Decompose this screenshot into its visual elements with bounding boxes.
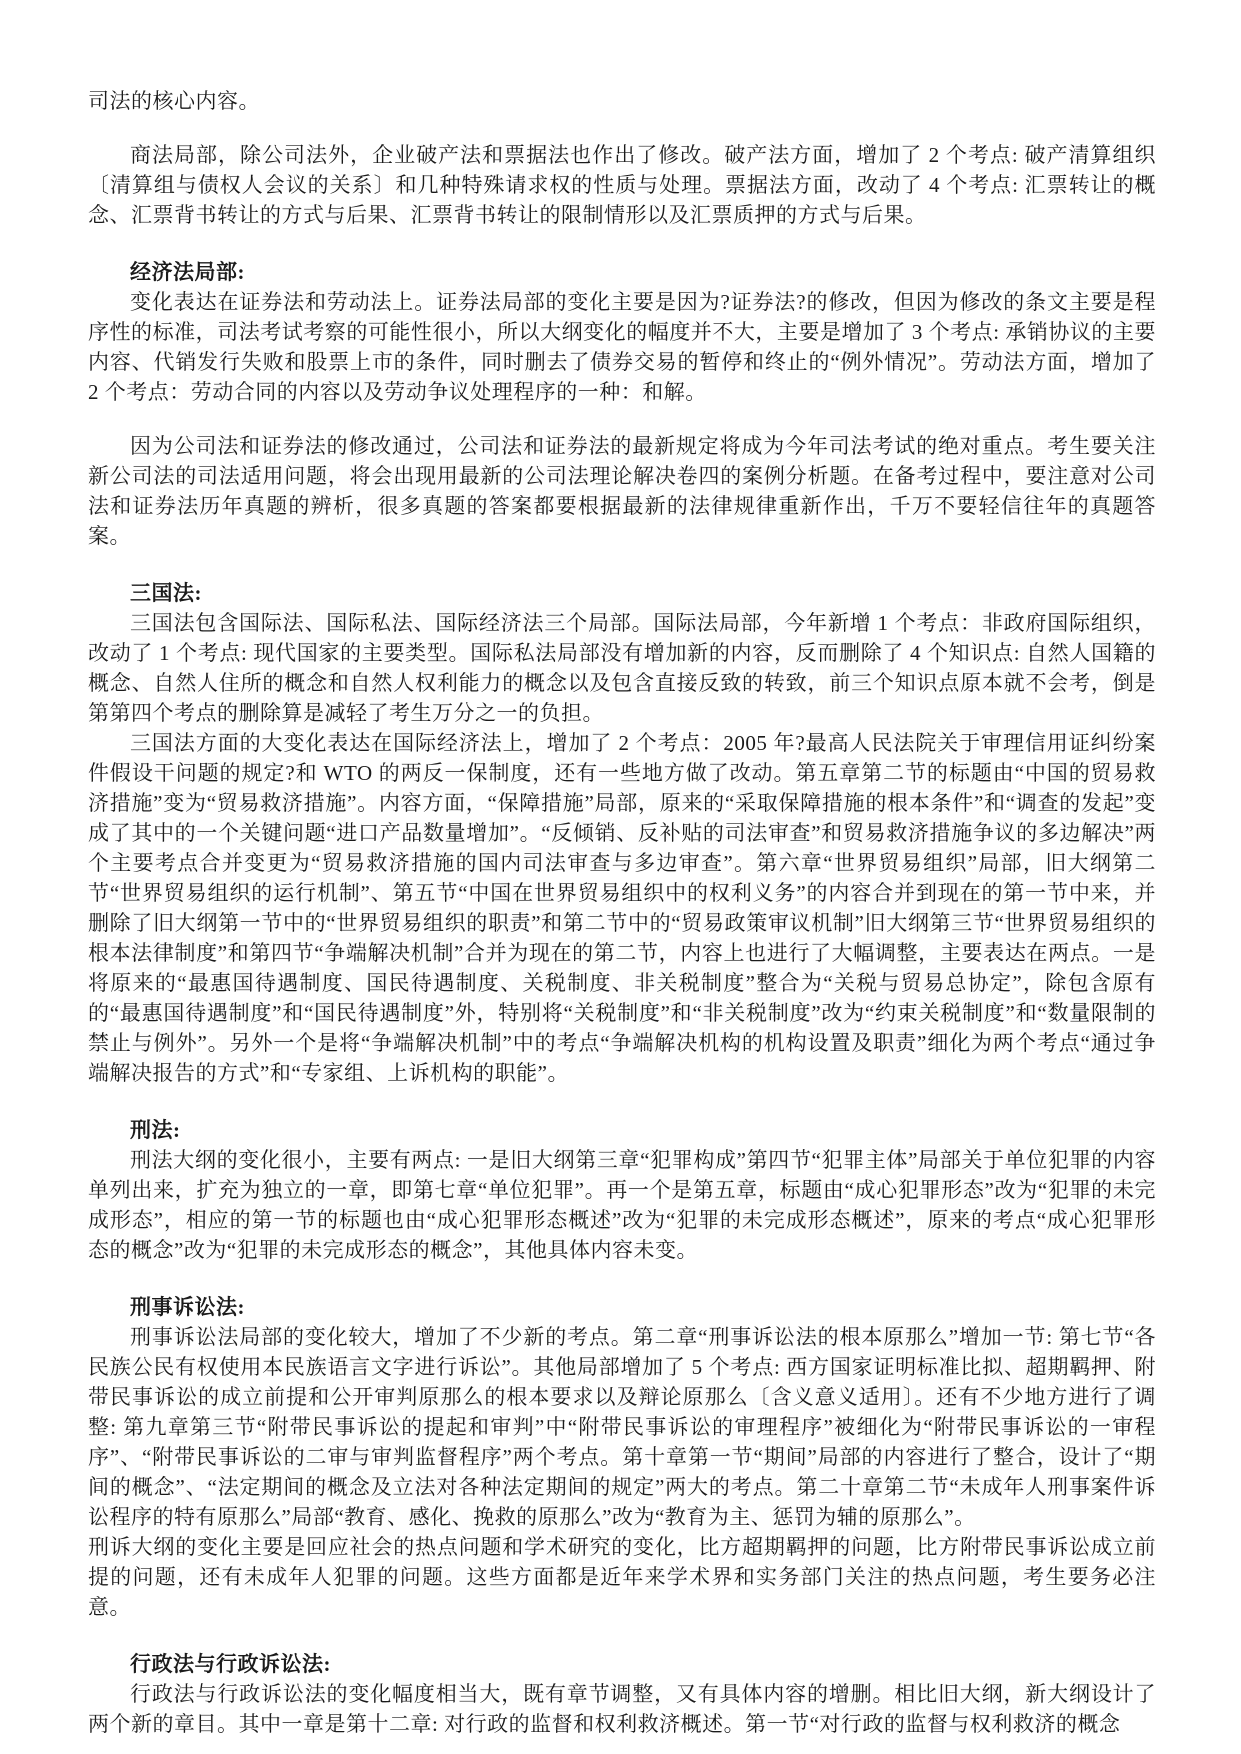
section-heading: 三国法: [88, 578, 1156, 608]
section-heading: 刑事诉讼法: [88, 1292, 1156, 1322]
paragraph: 三国法方面的大变化表达在国际经济法上，增加了 2 个考点：2005 年?最高人民… [88, 728, 1156, 1088]
section-heading: 刑法: [88, 1115, 1156, 1145]
paragraph: 司法的核心内容。 [88, 86, 1156, 116]
paragraph: 商法局部，除公司法外，企业破产法和票据法也作出了修改。破产法方面，增加了 2 个… [88, 140, 1156, 230]
section-heading: 经济法局部: [88, 257, 1156, 287]
paragraph: 刑事诉讼法局部的变化较大，增加了不少新的考点。第二章“刑事诉讼法的根本原那么”增… [88, 1322, 1156, 1532]
paragraph: 因为公司法和证券法的修改通过，公司法和证券法的最新规定将成为今年司法考试的绝对重… [88, 431, 1156, 551]
section-heading: 行政法与行政诉讼法: [88, 1649, 1156, 1679]
document-page: 司法的核心内容。商法局部，除公司法外，企业破产法和票据法也作出了修改。破产法方面… [88, 86, 1156, 1739]
paragraph: 行政法与行政诉讼法的变化幅度相当大，既有章节调整，又有具体内容的增删。相比旧大纲… [88, 1679, 1156, 1739]
paragraph: 变化表达在证券法和劳动法上。证券法局部的变化主要是因为?证券法?的修改，但因为修… [88, 287, 1156, 407]
paragraph: 刑法大纲的变化很小，主要有两点: 一是旧大纲第三章“犯罪构成”第四节“犯罪主体”… [88, 1145, 1156, 1265]
paragraph: 刑诉大纲的变化主要是回应社会的热点问题和学术研究的变化，比方超期羁押的问题，比方… [88, 1532, 1156, 1622]
paragraph: 三国法包含国际法、国际私法、国际经济法三个局部。国际法局部，今年新增 1 个考点… [88, 608, 1156, 728]
